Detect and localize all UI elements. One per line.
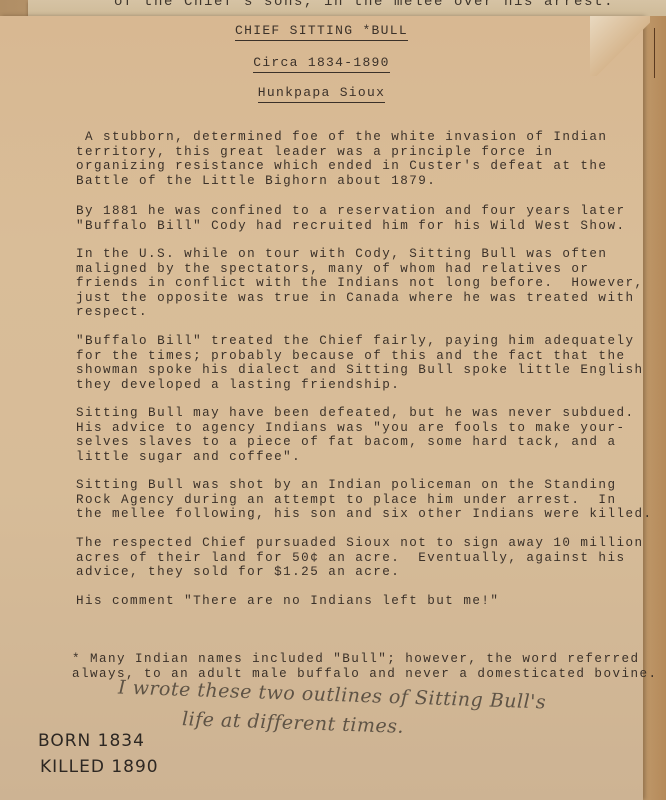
paragraph-2: By 1881 he was confined to a reservation… <box>76 204 646 233</box>
handwritten-born: BORN 1834 <box>38 731 145 751</box>
document-tribe: Hunkpapa Sioux <box>0 86 643 101</box>
document-title: CHIEF SITTING *BULL <box>0 24 643 39</box>
page-edge-line <box>654 28 655 78</box>
paragraph-5: Sitting Bull may have been defeated, but… <box>76 406 646 464</box>
paragraph-7: The respected Chief pursuaded Sioux not … <box>76 536 646 580</box>
footnote: * Many Indian names included "Bull"; how… <box>72 652 642 681</box>
paragraph-8: His comment "There are no Indians left b… <box>76 594 646 609</box>
paragraph-6: Sitting Bull was shot by an Indian polic… <box>76 478 646 522</box>
dates-text: Circa 1834-1890 <box>253 55 390 73</box>
title-text: CHIEF SITTING *BULL <box>235 23 408 41</box>
overlapping-page-text: of the Chief's sons, in the melee over h… <box>114 0 614 10</box>
tribe-text: Hunkpapa Sioux <box>258 85 385 103</box>
handwritten-killed: KILLED 1890 <box>40 757 159 777</box>
paragraph-4: "Buffalo Bill" treated the Chief fairly,… <box>76 334 646 392</box>
document-dates: Circa 1834-1890 <box>0 56 643 71</box>
paragraph-1: A stubborn, determined foe of the white … <box>76 130 646 188</box>
overlapping-page-strip: of the Chief's sons, in the melee over h… <box>28 0 666 16</box>
paragraph-3: In the U.S. while on tour with Cody, Sit… <box>76 247 646 320</box>
